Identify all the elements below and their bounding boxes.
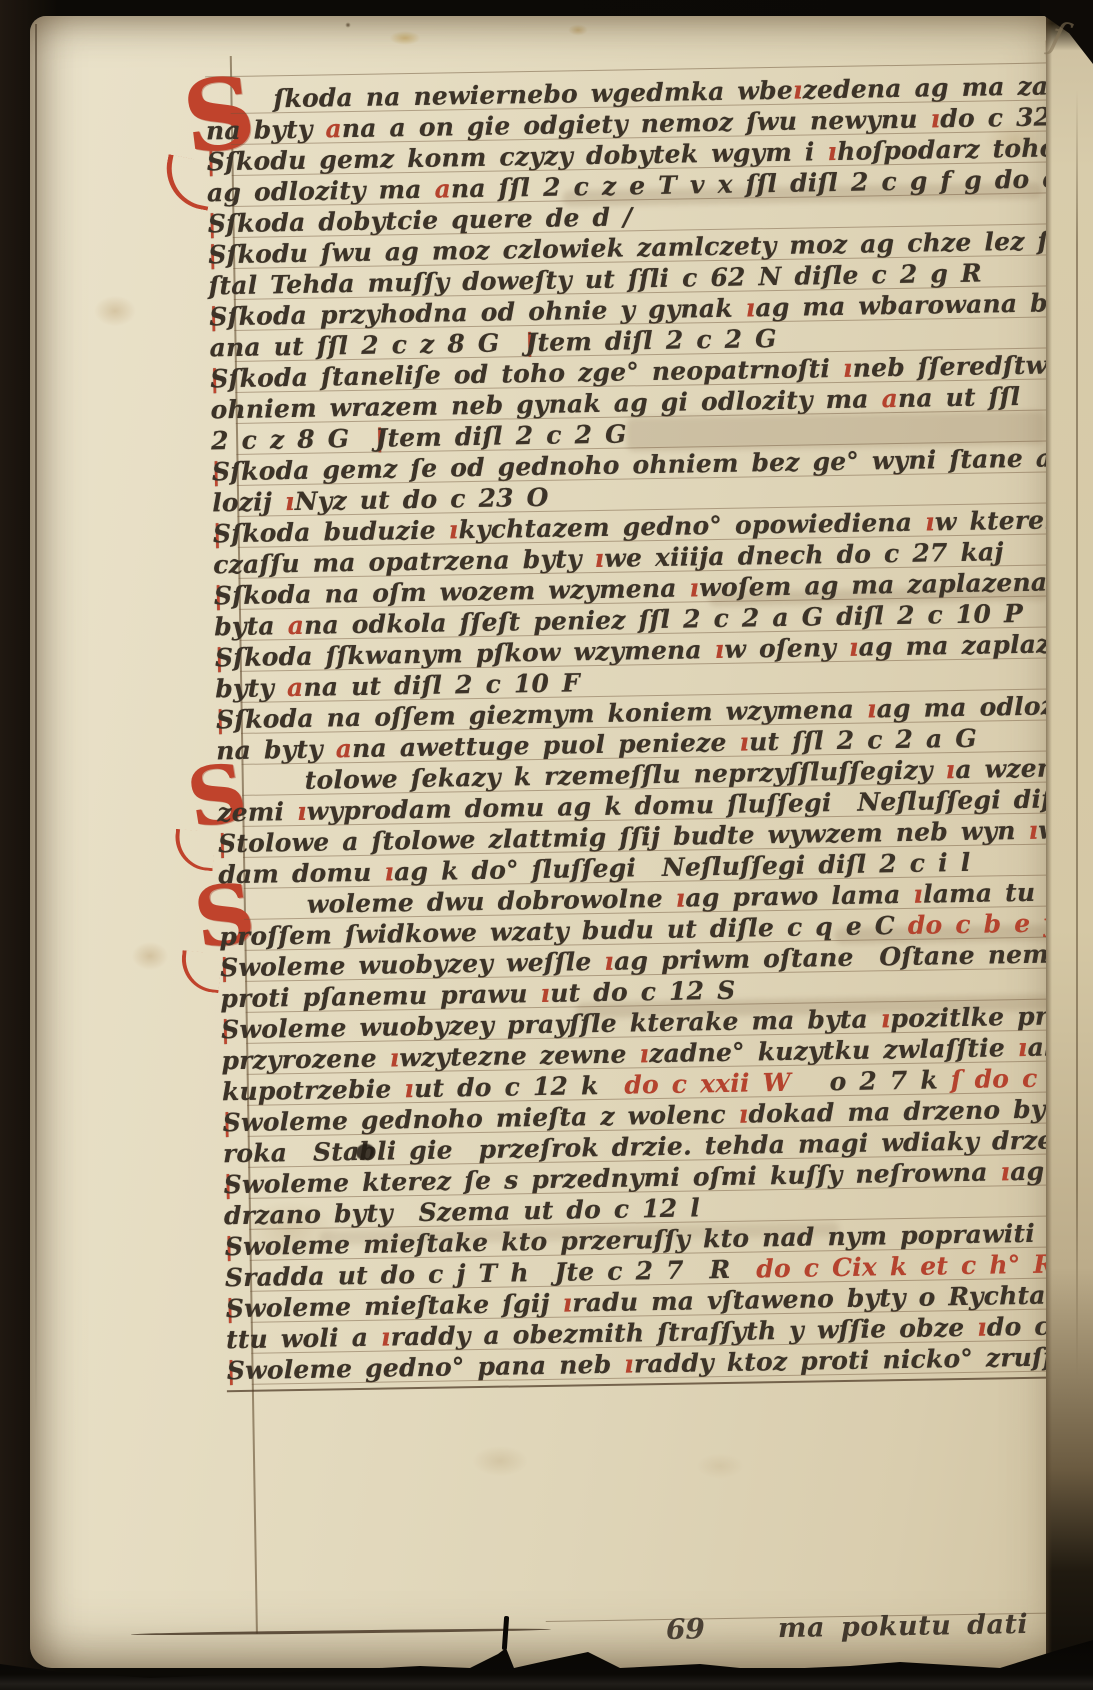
ink-text: na byty: [216, 734, 336, 765]
ink-text: ut do c 12 S: [550, 976, 736, 1008]
ink-text: Swoleme mieſtake ſgij: [226, 1289, 563, 1324]
rubric-text: ı: [867, 694, 877, 723]
rubric-text: ı: [540, 979, 550, 1008]
ink-text: kupotrzebie: [222, 1074, 405, 1106]
ink-text: zadne° kuzytku zwlaſſtie: [649, 1033, 1018, 1068]
ink-text: na ut diſl 2 c 10 F: [303, 668, 580, 702]
ink-text: wzytezne zewne: [399, 1039, 640, 1072]
ink-text: na ut ſſl: [898, 382, 1021, 413]
rubric-text: ı: [739, 1100, 749, 1129]
rubric-text: a: [287, 611, 304, 640]
rubric-text: ı: [675, 884, 685, 913]
rubric-text: ı: [1000, 1157, 1010, 1186]
ink-text: proti pſanemu prawu: [220, 979, 541, 1013]
rubric-text: a: [287, 673, 304, 702]
ink-text: lozij: [212, 487, 285, 517]
ink-text: Jtem diſl 2 c 2 G: [375, 419, 627, 452]
rubric-text: a: [335, 734, 352, 763]
ink-text: dam domu: [218, 858, 385, 890]
folio-number: 69: [666, 1612, 706, 1646]
rubric-text: ı: [827, 137, 837, 166]
ink-text: raddy ktoz proti nicko° zruſſy ag: [634, 1341, 1093, 1378]
ink-text: ag prawo lama: [685, 880, 913, 913]
rubric-text: a: [881, 384, 898, 413]
ink-text: ut ſſl 2 c 2 a G: [749, 724, 977, 757]
rubric-text: ı: [1028, 816, 1038, 845]
rubric-text: ı: [285, 487, 295, 516]
ink-text: Nyz ut do c 23 O: [294, 483, 548, 516]
ink-text: przyrozene: [221, 1043, 390, 1075]
ink-text: o 2 7 k: [791, 1065, 951, 1097]
rubric-text: ı: [384, 857, 394, 886]
ink-text: dokad ma drzeno byty do: [748, 1093, 1093, 1128]
ink-text: ag odlozity ma: [207, 175, 435, 208]
rubric-text: ı: [843, 354, 853, 383]
ink-text: woleme dwu dobrowolne: [307, 884, 676, 919]
rubric-text: ı: [594, 544, 604, 573]
rubric-text: ı: [562, 1288, 572, 1317]
bottom-ruling-stroke: [131, 1628, 551, 1636]
rubric-text: ı: [689, 573, 699, 602]
rubric-text: do c b e y: [908, 908, 1059, 939]
rubric-text: ı: [389, 1043, 399, 1072]
rubric-text: ı: [381, 1323, 391, 1352]
rubric-text: ı: [639, 1039, 649, 1068]
rubric-text: a: [325, 114, 342, 143]
rubric-text: a: [434, 174, 451, 203]
rubric-text: ı: [977, 1313, 987, 1342]
catchword: ma pokutu dati: [778, 1609, 1029, 1644]
fore-edge-crease: [1076, 90, 1078, 1380]
rubric-text: do c Cix k et c h° R: [756, 1249, 1055, 1283]
ink-text: ut do c 12 k: [414, 1071, 625, 1103]
ink-text: Swoleme gedno° pana neb: [227, 1350, 625, 1386]
ink-text: Sſkoda buduzie: [213, 515, 449, 548]
ink-text: ag ma zaplaze: [858, 629, 1066, 661]
ink-text: ttu woli a: [226, 1323, 381, 1355]
book-fore-edge: [1046, 0, 1093, 1690]
ink-text: Jtem diſl 2 c 2 G: [525, 324, 777, 357]
rubric-text: do c xxii W: [624, 1068, 791, 1100]
rubric-text: ı: [849, 633, 859, 662]
ink-text: woſem ag ma zaplazena: [699, 568, 1047, 603]
ink-text: byta: [214, 611, 288, 641]
rubric-text: ı: [881, 1004, 891, 1033]
rubric-text: ı: [739, 727, 749, 756]
ink-text: 2 c z 8 G: [211, 424, 375, 456]
ink-text: ag ma odloze: [876, 691, 1071, 723]
writing-layer: S S S ſkoda na newiernebo wgedmka wbeıze…: [0, 0, 1093, 1690]
ink-text: byty: [215, 673, 287, 703]
ink-text: ag ma wbarowana byti: [755, 288, 1084, 322]
rubric-text: ı: [714, 635, 724, 664]
ink-text: na byty: [206, 114, 326, 145]
rubric-text: ı: [449, 515, 459, 544]
rubric-text: ı: [945, 755, 955, 784]
ink-text: zemi: [217, 797, 297, 827]
text-block: ſkoda na newiernebo wgedmka wbeızedena a…: [205, 70, 1076, 1386]
ink-text: w oſeny: [724, 633, 849, 664]
manuscript-photo: S S S ſkoda na newiernebo wgedmka wbeıze…: [0, 0, 1093, 1690]
ink-text: ana ut ſſl 2 c z 8 G: [209, 328, 525, 362]
